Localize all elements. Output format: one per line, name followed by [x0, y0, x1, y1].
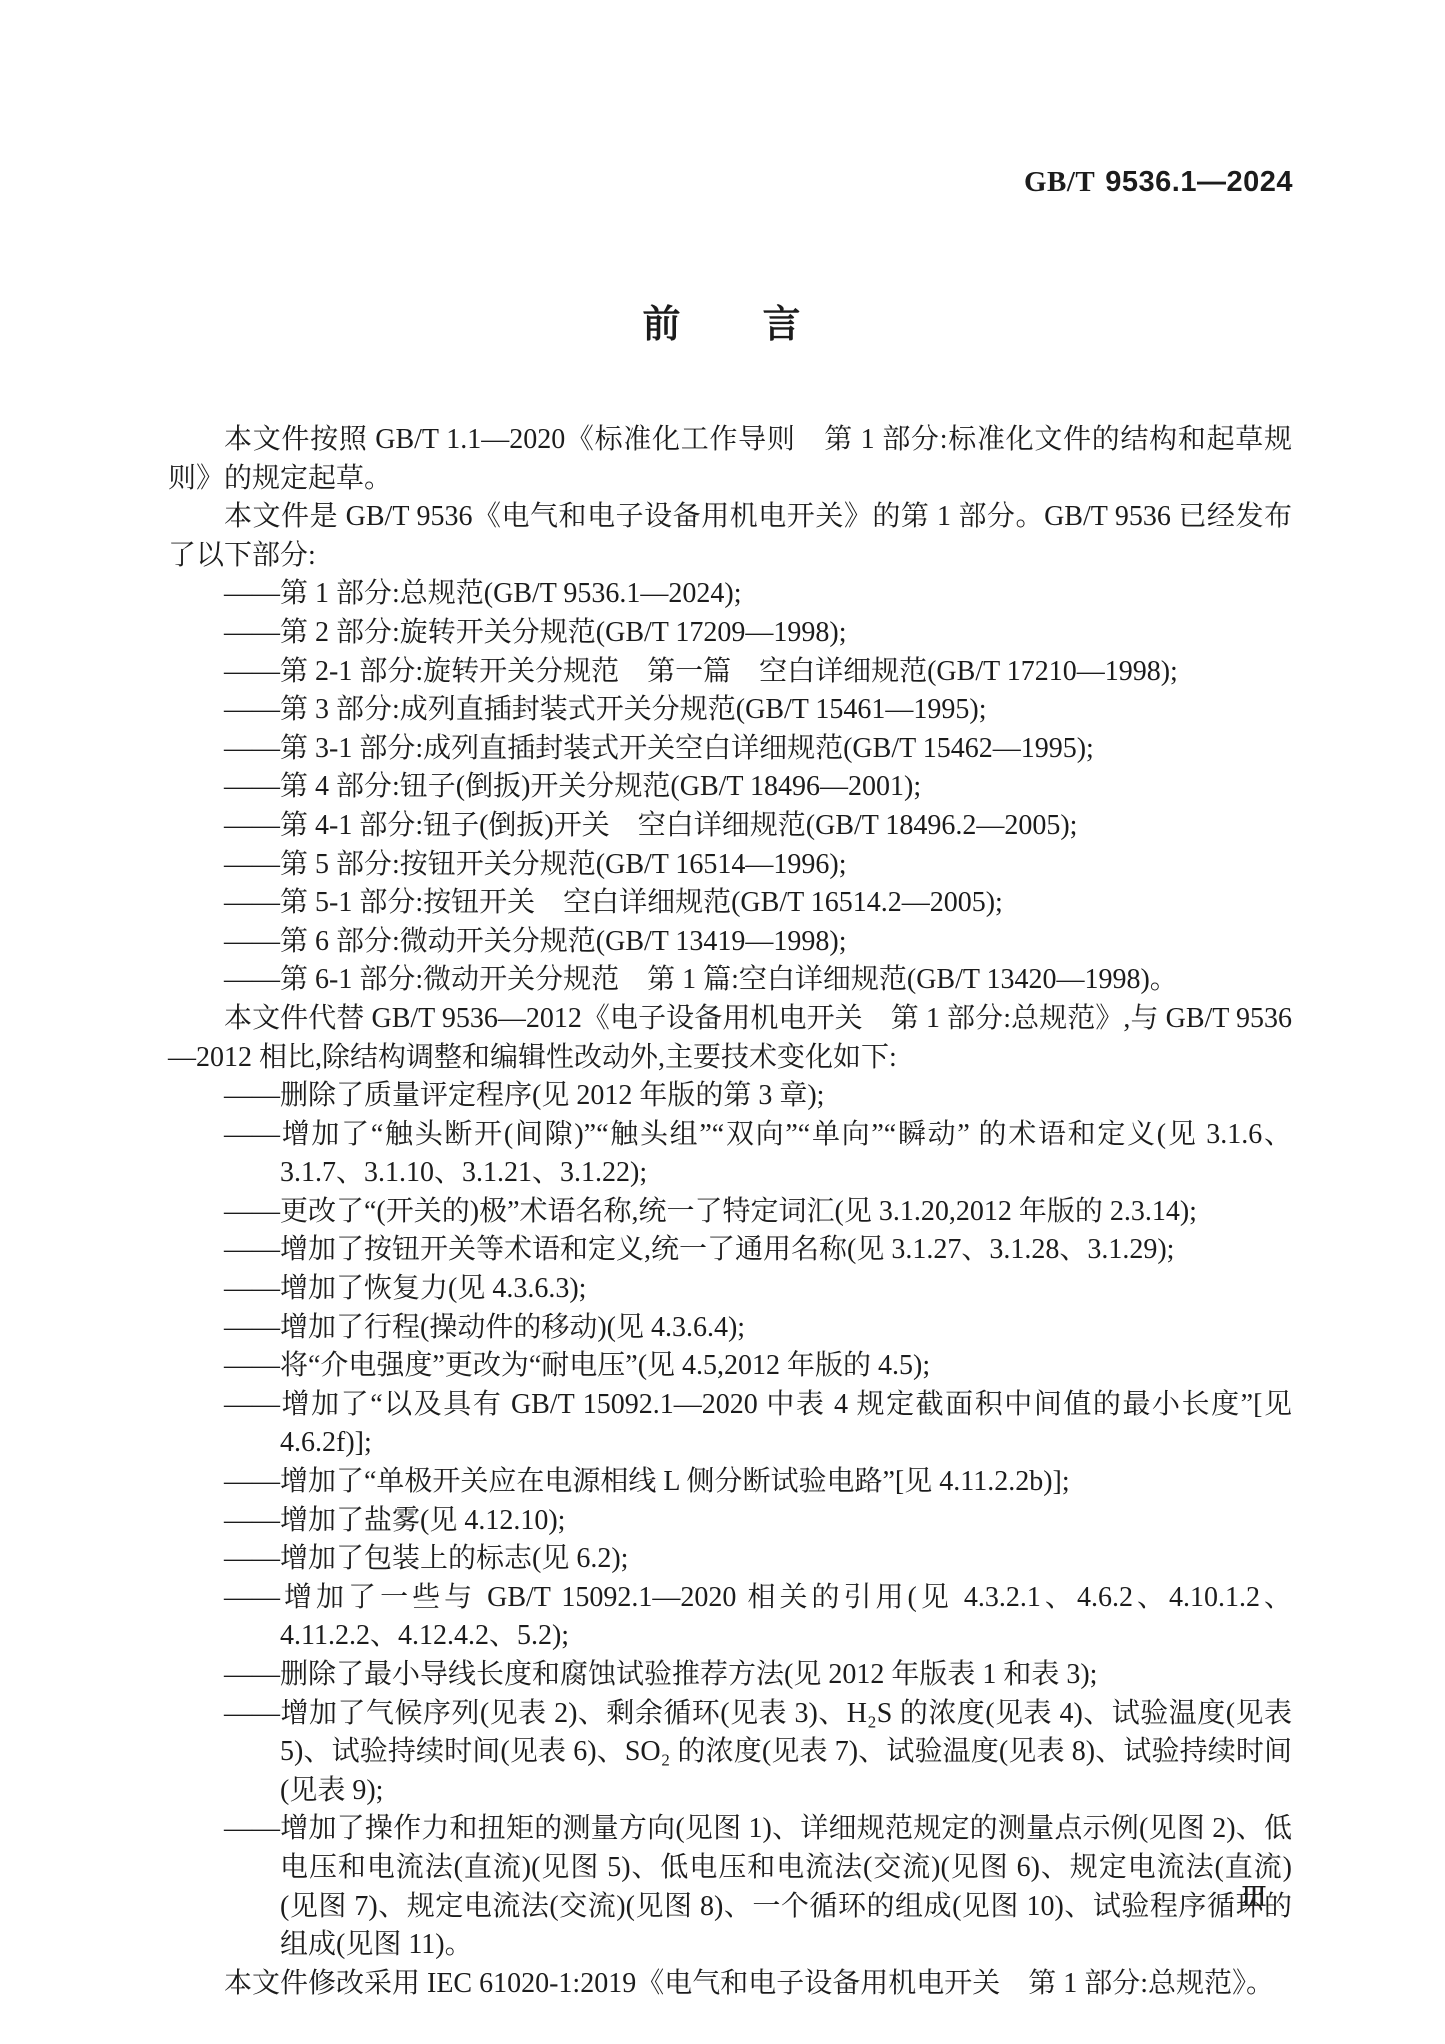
list-item: ——增加了包装上的标志(见 6.2); [168, 1540, 1292, 1579]
list-item: ——增加了气候序列(见表 2)、剩余循环(见表 3)、H₂S 的浓度(见表 4)… [168, 1695, 1292, 1811]
list-item: ——第 2-1 部分:旋转开关分规范 第一篇 空白详细规范(GB/T 17210… [168, 653, 1292, 692]
list-item: ——第 6-1 部分:微动开关分规范 第 1 篇:空白详细规范(GB/T 134… [168, 961, 1292, 1000]
list-item: ——第 3 部分:成列直插封装式开关分规范(GB/T 15461—1995); [168, 691, 1292, 730]
list-item: ——更改了“(开关的)极”术语名称,统一了特定词汇(见 3.1.20,2012 … [168, 1193, 1292, 1232]
list-item: ——第 4-1 部分:钮子(倒扳)开关 空白详细规范(GB/T 18496.2—… [168, 807, 1292, 846]
list-item: ——增加了一些与 GB/T 15092.1—2020 相关的引用(见 4.3.2… [168, 1579, 1292, 1656]
list-item: ——第 4 部分:钮子(倒扳)开关分规范(GB/T 18496—2001); [168, 768, 1292, 807]
list-item: ——第 5-1 部分:按钮开关 空白详细规范(GB/T 16514.2—2005… [168, 884, 1292, 923]
list-item: ——增加了恢复力(见 4.3.6.3); [168, 1270, 1292, 1309]
page-number: Ⅲ [1241, 1882, 1267, 1913]
list-item: ——增加了行程(操动件的移动)(见 4.3.6.4); [168, 1309, 1292, 1348]
document-body: 本文件按照 GB/T 1.1—2020《标准化工作导则 第 1 部分:标准化文件… [168, 421, 1292, 2003]
list-item: ——第 6 部分:微动开关分规范(GB/T 13419—1998); [168, 923, 1292, 962]
standard-code: GB/T9536.1—2024 [1024, 166, 1293, 199]
paragraph: 本文件修改采用 IEC 61020-1:2019《电气和电子设备用机电开关 第 … [168, 1965, 1292, 2004]
list-item: ——增加了盐雾(见 4.12.10); [168, 1502, 1292, 1541]
standard-code-number: 9536.1—2024 [1105, 166, 1293, 198]
list-item: ——增加了“单极开关应在电源相线 L 侧分断试验电路”[见 4.11.2.2b)… [168, 1463, 1292, 1502]
list-item: ——增加了“触头断开(间隙)”“触头组”“双向”“单向”“瞬动” 的术语和定义(… [168, 1116, 1292, 1193]
list-item: ——第 1 部分:总规范(GB/T 9536.1—2024); [168, 575, 1292, 614]
document-page: GB/T9536.1—2024 前 言 本文件按照 GB/T 1.1—2020《… [0, 0, 1445, 2044]
list-item: ——将“介电强度”更改为“耐电压”(见 4.5,2012 年版的 4.5); [168, 1347, 1292, 1386]
list-item: ——增加了按钮开关等术语和定义,统一了通用名称(见 3.1.27、3.1.28、… [168, 1231, 1292, 1270]
standard-code-prefix: GB/T [1024, 166, 1095, 198]
list-item: ——第 5 部分:按钮开关分规范(GB/T 16514—1996); [168, 846, 1292, 885]
paragraph: 本文件代替 GB/T 9536—2012《电子设备用机电开关 第 1 部分:总规… [168, 1000, 1292, 1077]
list-item: ——第 2 部分:旋转开关分规范(GB/T 17209—1998); [168, 614, 1292, 653]
paragraph: 本文件是 GB/T 9536《电气和电子设备用机电开关》的第 1 部分。GB/T… [168, 498, 1292, 575]
list-item: ——增加了操作力和扭矩的测量方向(见图 1)、详细规范规定的测量点示例(见图 2… [168, 1810, 1292, 1964]
paragraph: 本文件按照 GB/T 1.1—2020《标准化工作导则 第 1 部分:标准化文件… [168, 421, 1292, 498]
page-title: 前 言 [0, 293, 1445, 348]
list-item: ——第 3-1 部分:成列直插封装式开关空白详细规范(GB/T 15462—19… [168, 730, 1292, 769]
list-item: ——删除了最小导线长度和腐蚀试验推荐方法(见 2012 年版表 1 和表 3); [168, 1656, 1292, 1695]
list-item: ——删除了质量评定程序(见 2012 年版的第 3 章); [168, 1077, 1292, 1116]
list-item: ——增加了“以及具有 GB/T 15092.1—2020 中表 4 规定截面积中… [168, 1386, 1292, 1463]
